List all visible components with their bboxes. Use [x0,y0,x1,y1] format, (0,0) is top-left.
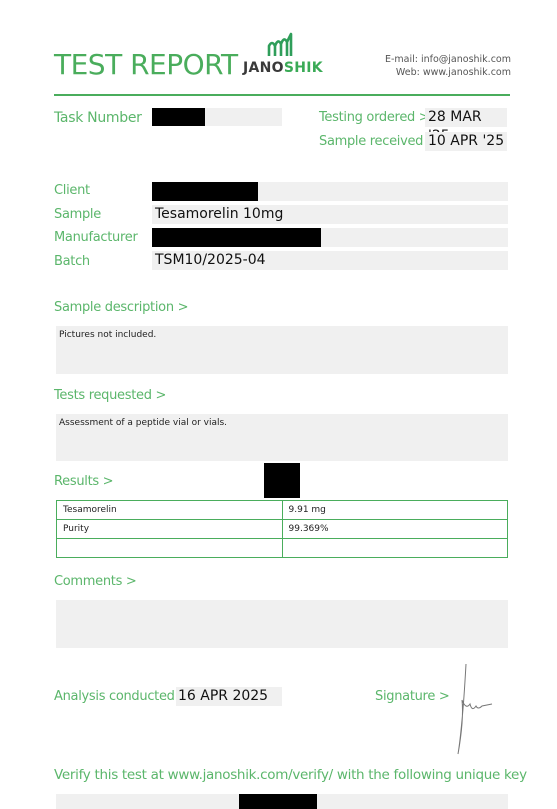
analysis-conducted-value: 16 APR 2025 [176,687,282,706]
email-text[interactable]: E-mail: info@janoshik.com [385,53,511,66]
tests-requested-label: Tests requested > [54,388,166,403]
batch-value: TSM10/2025-04 [152,251,508,270]
sample-received-label: Sample received > [319,134,438,149]
client-field [152,182,508,201]
results-label: Results > [54,474,113,489]
web-text[interactable]: Web: www.janoshik.com [385,66,511,79]
task-number-redaction [152,108,205,126]
result-value [282,539,508,558]
table-row: Purity 99.369% [57,520,508,539]
signature-icon [452,660,497,760]
table-row [57,539,508,558]
verify-key-redaction [239,794,317,809]
analysis-conducted-label: Analysis conducted > [54,689,189,704]
result-name: Tesamorelin [57,501,283,520]
testing-ordered-value: 28 MAR '25 [425,108,507,127]
sample-received-value: 10 APR '25 [425,132,507,151]
page-title: TEST REPORT [54,48,238,81]
sample-description-label: Sample description > [54,300,188,315]
tests-requested-box: Assessment of a peptide vial or vials. [56,414,508,461]
contact-info: E-mail: info@janoshik.com Web: www.janos… [385,53,511,79]
batch-label: Batch [54,254,90,269]
signature-label: Signature > [375,689,449,704]
results-table: Tesamorelin 9.91 mg Purity 99.369% [56,500,508,558]
testing-ordered-label: Testing ordered > [319,110,429,125]
client-redaction [152,182,258,201]
result-name [57,539,283,558]
manufacturer-label: Manufacturer [54,230,138,245]
comments-box [56,600,508,648]
manufacturer-field [152,228,508,247]
bar-chart-logo-icon [265,32,305,58]
result-name: Purity [57,520,283,539]
client-label: Client [54,183,90,198]
result-value: 9.91 mg [282,501,508,520]
verify-key-field [56,794,508,809]
sample-label: Sample [54,207,101,222]
sample-value: Tesamorelin 10mg [152,205,508,224]
task-number-label: Task Number [54,110,142,126]
result-value: 99.369% [282,520,508,539]
task-number-field [152,108,282,126]
verify-text: Verify this test at www.janoshik.com/ver… [54,767,527,783]
sample-description-box: Pictures not included. [56,326,508,374]
results-redaction [264,463,300,498]
table-row: Tesamorelin 9.91 mg [57,501,508,520]
comments-label: Comments > [54,574,137,589]
header-divider [54,94,510,96]
logo-text: JANOSHIK [243,60,323,76]
manufacturer-redaction [152,228,321,247]
